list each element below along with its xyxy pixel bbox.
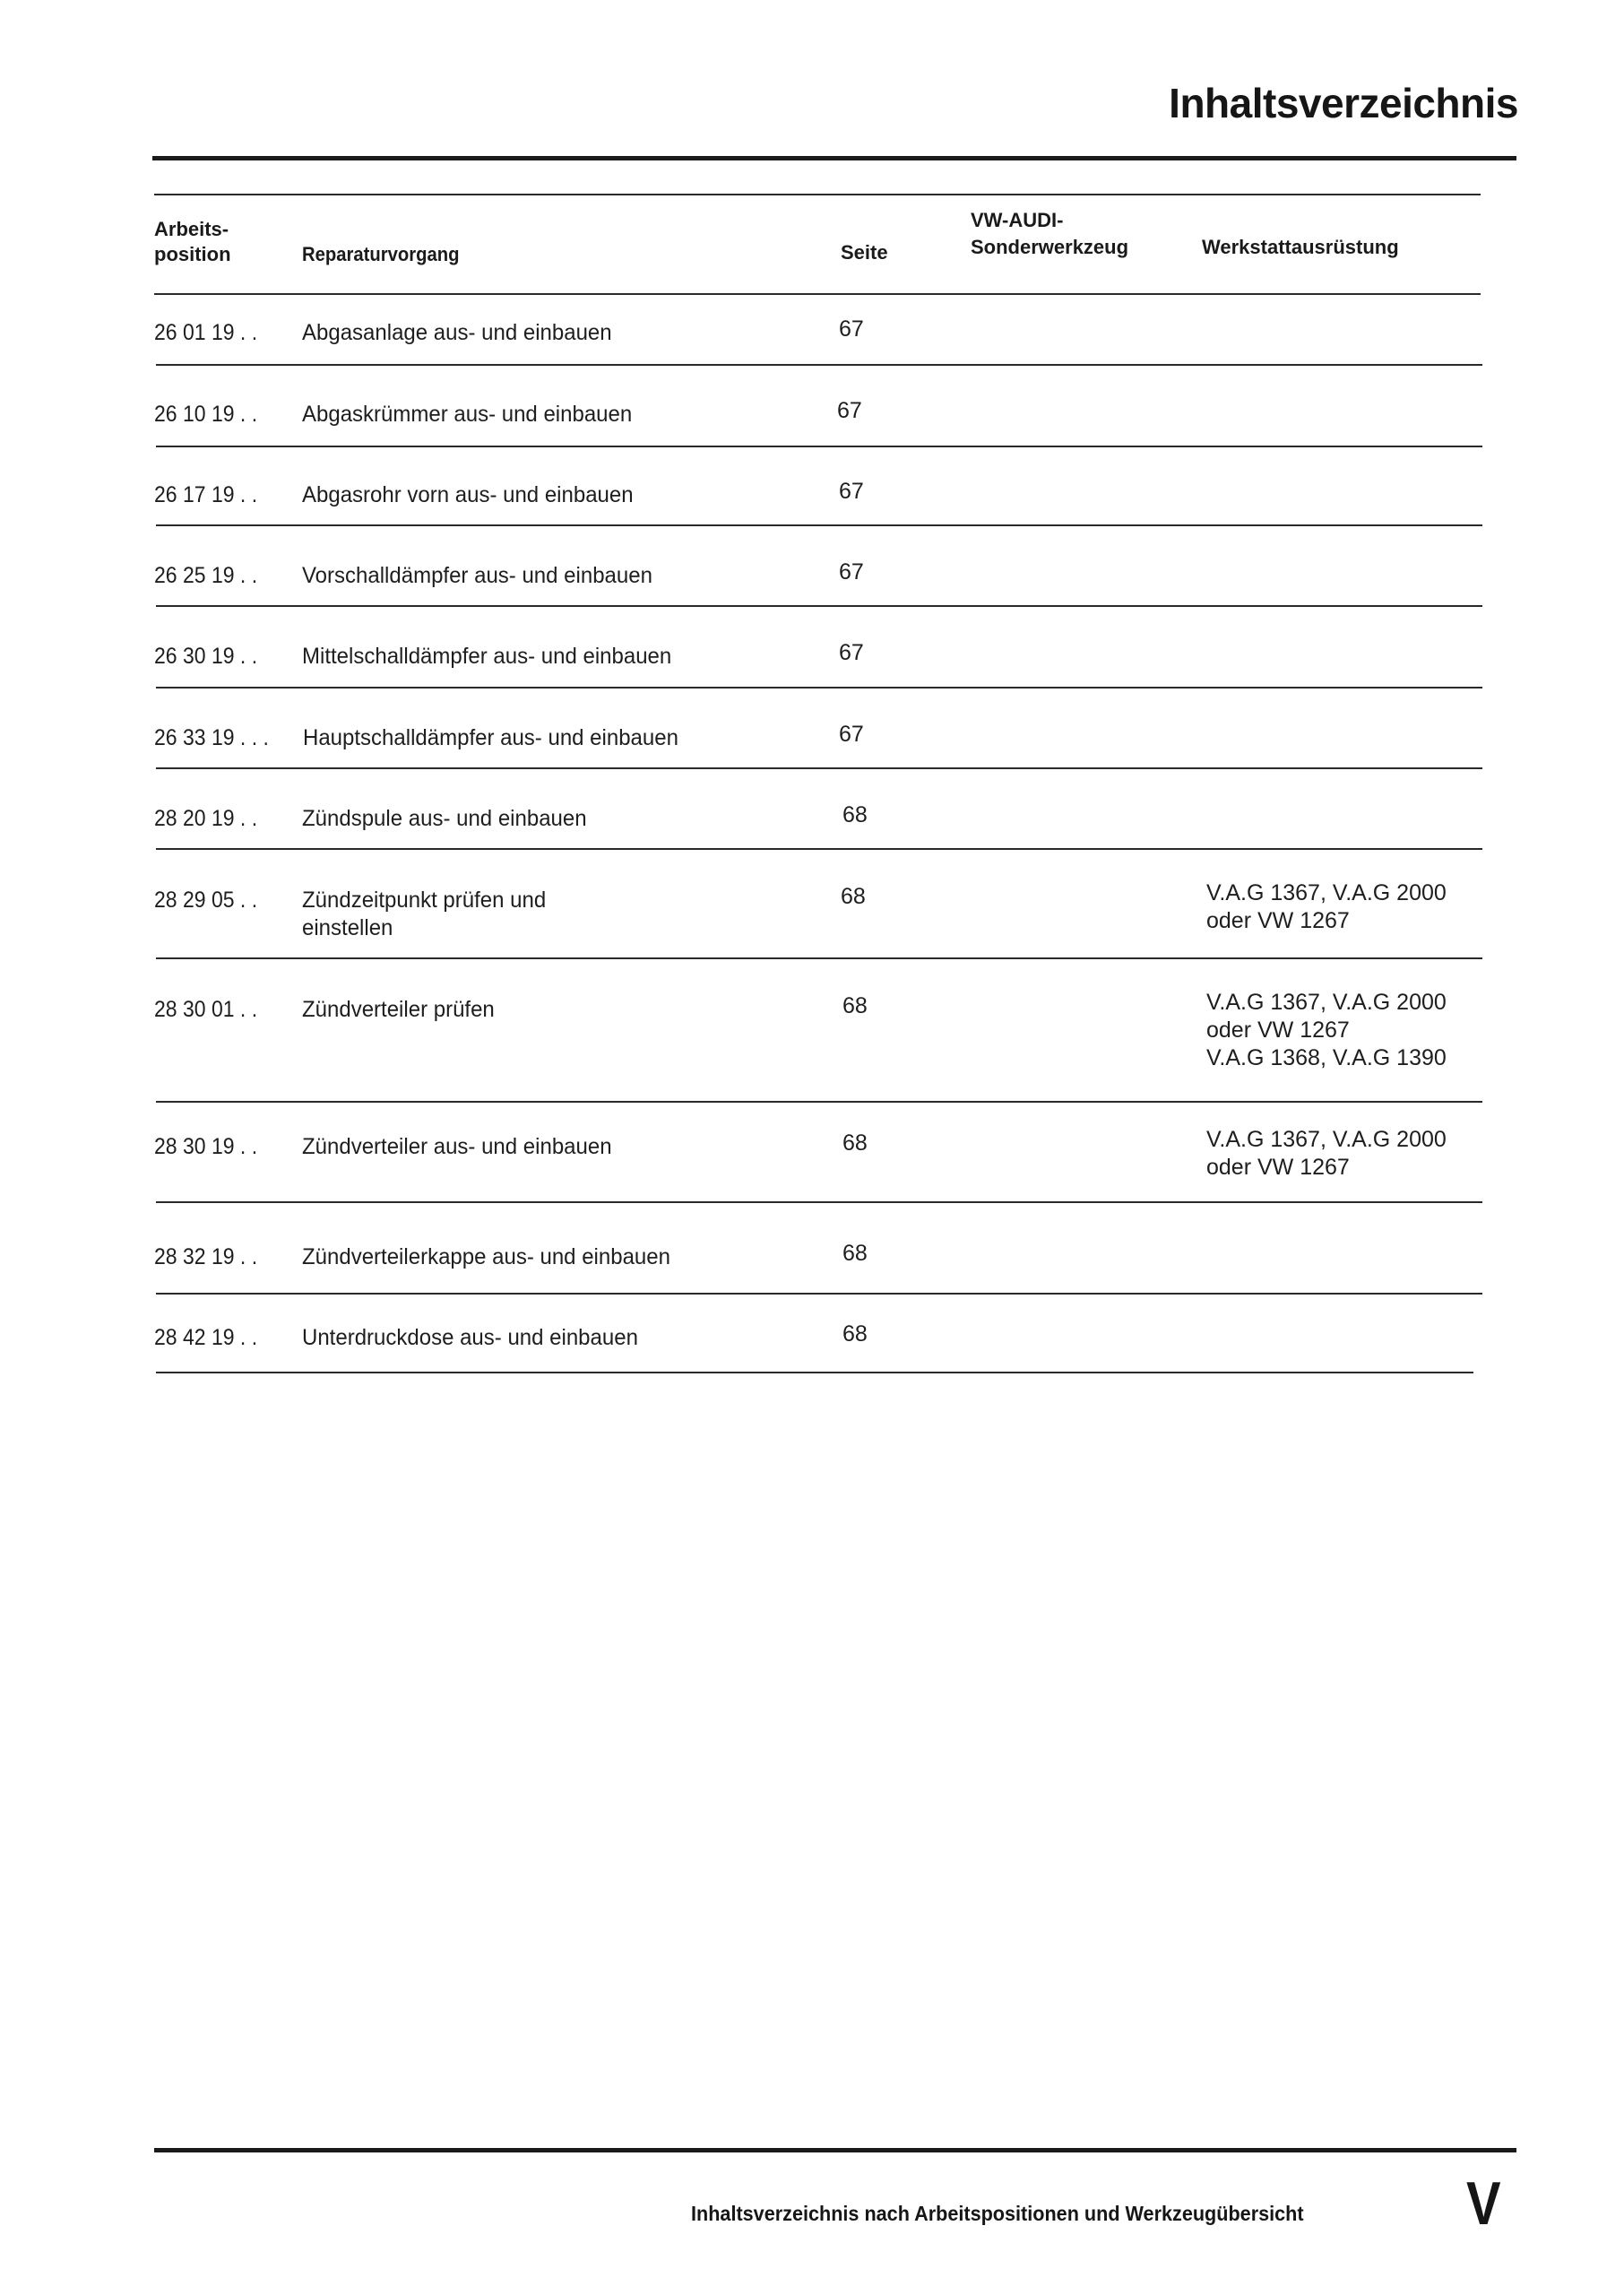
row-procedure: Zündzeitpunkt prüfen und — [302, 887, 546, 914]
row-divider — [156, 605, 1482, 607]
row-procedure: Abgasanlage aus- und einbauen — [302, 319, 612, 346]
header-special-tools-line1: VW-AUDI- — [971, 208, 1063, 232]
row-divider — [156, 1201, 1482, 1203]
row-page-number: 67 — [839, 559, 864, 585]
row-workshop-equipment: V.A.G 1367, V.A.G 2000 — [1206, 1126, 1447, 1154]
row-divider — [156, 687, 1482, 688]
row-procedure: Zündverteiler prüfen — [302, 996, 495, 1023]
header-procedure: Reparaturvorgang — [302, 242, 459, 266]
row-position: 26 30 19 . . — [154, 643, 257, 670]
row-procedure: Mittelschalldämpfer aus- und einbauen — [302, 643, 671, 670]
row-page-number: 68 — [842, 801, 868, 828]
row-position: 28 20 19 . . — [154, 805, 257, 832]
row-workshop-equipment: oder VW 1267 — [1206, 1017, 1350, 1044]
row-divider — [156, 1101, 1482, 1103]
row-procedure: Zündverteiler aus- und einbauen — [302, 1133, 612, 1160]
row-page-number: 67 — [839, 721, 864, 748]
row-procedure: Abgaskrümmer aus- und einbauen — [302, 401, 632, 428]
row-workshop-equipment: V.A.G 1367, V.A.G 2000 — [1206, 879, 1447, 907]
row-divider — [156, 767, 1482, 769]
row-procedure: Hauptschalldämpfer aus- und einbauen — [303, 724, 678, 751]
header-position-line1: Arbeits- — [154, 217, 229, 241]
row-workshop-equipment: oder VW 1267 — [1206, 1154, 1350, 1182]
row-procedure: Abgasrohr vorn aus- und einbauen — [302, 481, 634, 508]
row-procedure: einstellen — [302, 914, 393, 941]
row-position: 26 17 19 . . — [154, 481, 257, 508]
row-workshop-equipment: oder VW 1267 — [1206, 907, 1350, 935]
row-divider — [156, 364, 1482, 366]
table-header-top-rule — [154, 194, 1481, 195]
row-procedure: Vorschalldämpfer aus- und einbauen — [302, 562, 652, 589]
header-position-line2: position — [154, 242, 231, 266]
row-position: 28 32 19 . . — [154, 1243, 257, 1270]
row-divider — [156, 446, 1482, 447]
row-position: 28 30 01 . . — [154, 996, 257, 1023]
header-workshop-equipment: Werkstattausrüstung — [1202, 235, 1399, 259]
row-position: 28 42 19 . . — [154, 1324, 257, 1351]
row-procedure: Zündspule aus- und einbauen — [302, 805, 587, 832]
row-divider — [156, 848, 1482, 850]
row-position: 26 01 19 . . — [154, 319, 257, 346]
page-title: Inhaltsverzeichnis — [1169, 79, 1518, 127]
row-page-number: 67 — [837, 397, 862, 424]
row-workshop-equipment: V.A.G 1368, V.A.G 1390 — [1206, 1044, 1447, 1072]
row-procedure: Zündverteilerkappe aus- und einbauen — [302, 1243, 670, 1270]
header-special-tools-line2: Sonderwerkzeug — [971, 235, 1128, 259]
row-divider — [156, 957, 1482, 959]
row-divider — [156, 1372, 1473, 1373]
row-page-number: 67 — [839, 639, 864, 666]
footer-section-title: Inhaltsverzeichnis nach Arbeitspositione… — [691, 2202, 1304, 2226]
row-page-number: 67 — [839, 478, 864, 505]
row-divider — [156, 1293, 1482, 1295]
row-position: 28 30 19 . . — [154, 1133, 257, 1160]
section-letter: V — [1466, 2173, 1501, 2234]
table-header-bottom-rule — [154, 293, 1481, 295]
row-position: 26 10 19 . . — [154, 401, 257, 428]
row-page-number: 68 — [842, 992, 868, 1019]
row-position: 26 33 19 . . . — [154, 724, 269, 751]
row-page-number: 68 — [842, 1240, 868, 1267]
title-divider — [152, 156, 1516, 160]
row-page-number: 68 — [842, 1130, 868, 1156]
row-page-number: 67 — [839, 316, 864, 342]
footer-divider — [154, 2148, 1516, 2152]
row-procedure: Unterdruckdose aus- und einbauen — [302, 1324, 638, 1351]
row-page-number: 68 — [842, 1321, 868, 1347]
row-workshop-equipment: V.A.G 1367, V.A.G 2000 — [1206, 989, 1447, 1017]
row-divider — [156, 524, 1482, 526]
header-page: Seite — [841, 240, 888, 264]
row-page-number: 68 — [841, 883, 866, 910]
row-position: 28 29 05 . . — [154, 887, 257, 914]
row-position: 26 25 19 . . — [154, 562, 257, 589]
